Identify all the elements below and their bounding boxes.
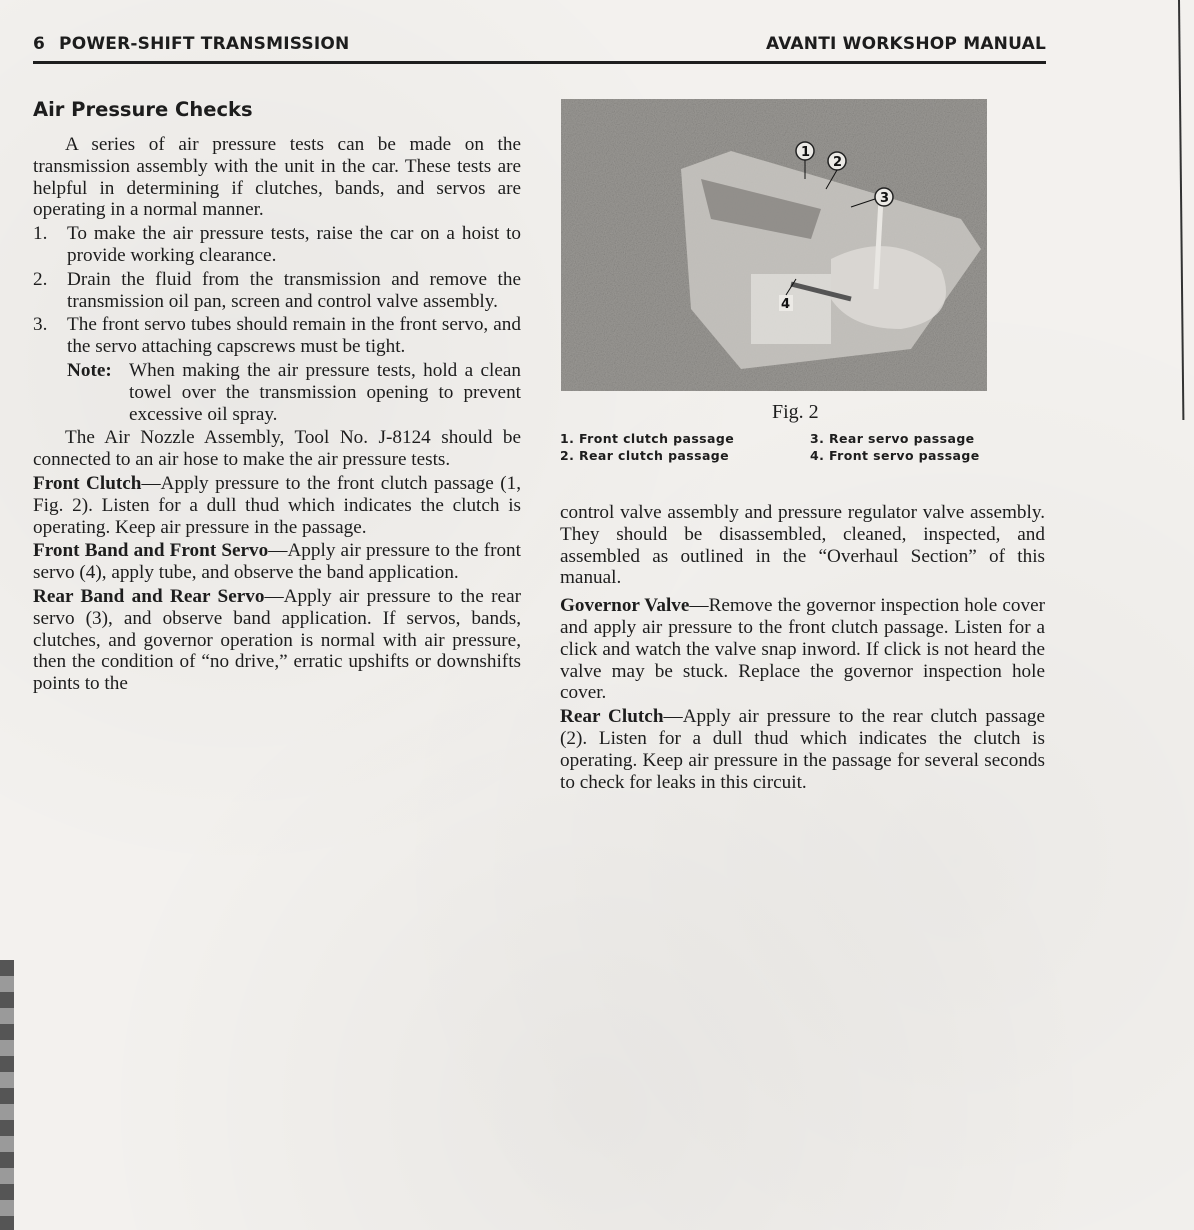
governor-valve-paragraph: Governor Valve—Remove the governor inspe… — [560, 595, 1045, 704]
header-rule — [33, 61, 1046, 64]
callout-2: 2 — [833, 155, 842, 170]
section-heading: Air Pressure Checks — [33, 98, 521, 122]
left-column: Air Pressure Checks A series of air pres… — [33, 98, 521, 695]
note-label: Note: — [67, 360, 129, 425]
note-text: When making the air pressure tests, hold… — [129, 360, 521, 425]
step-text: Drain the fluid from the transmission an… — [67, 269, 521, 313]
front-band-heading: Front Band and Front Servo — [33, 540, 268, 561]
callout-3: 3 — [880, 191, 889, 206]
front-band-paragraph: Front Band and Front Servo—Apply air pre… — [33, 540, 521, 584]
step-text: The front servo tubes should remain in t… — [67, 314, 521, 358]
step-text: To make the air pressure tests, raise th… — [67, 223, 521, 267]
running-header: 6POWER-SHIFT TRANSMISSION AVANTI WORKSHO… — [33, 32, 1046, 58]
right-column: control valve assembly and pressure regu… — [560, 502, 1045, 793]
step-number: 2. — [33, 269, 67, 313]
step-number: 3. — [33, 314, 67, 358]
manual-title: AVANTI WORKSHOP MANUAL — [766, 34, 1046, 54]
scan-edge-artifact — [0, 960, 14, 1230]
tool-paragraph: The Air Nozzle Assembly, Tool No. J-8124… — [33, 427, 521, 471]
callout-4: 4 — [781, 297, 790, 312]
figure-legend-right: 3. Rear servo passage 4. Front servo pas… — [810, 430, 980, 464]
figure-label: Fig. 2 — [772, 401, 819, 424]
governor-valve-heading: Governor Valve — [560, 595, 689, 616]
step-item: 3. The front servo tubes should remain i… — [33, 314, 521, 358]
header-left: 6POWER-SHIFT TRANSMISSION — [33, 34, 349, 54]
callout-1: 1 — [801, 145, 810, 160]
front-clutch-heading: Front Clutch — [33, 473, 141, 494]
legend-item: 3. Rear servo passage — [810, 430, 980, 447]
continuation-paragraph: control valve assembly and pressure regu… — [560, 502, 1045, 589]
step-item: 1. To make the air pressure tests, raise… — [33, 223, 521, 267]
rear-band-heading: Rear Band and Rear Servo — [33, 586, 264, 607]
step-item: 2. Drain the fluid from the transmission… — [33, 269, 521, 313]
legend-item: 1. Front clutch passage — [560, 430, 734, 447]
section-title: POWER-SHIFT TRANSMISSION — [59, 34, 349, 54]
figure-photo: 1 2 3 4 — [561, 99, 987, 391]
legend-item: 2. Rear clutch passage — [560, 447, 734, 464]
rear-clutch-paragraph: Rear Clutch—Apply air pressure to the re… — [560, 706, 1045, 793]
figure-legend-left: 1. Front clutch passage 2. Rear clutch p… — [560, 430, 734, 464]
page-edge-line — [1178, 0, 1184, 420]
intro-paragraph: A series of air pressure tests can be ma… — [33, 134, 521, 221]
note-block: Note: When making the air pressure tests… — [67, 360, 521, 425]
front-clutch-paragraph: Front Clutch—Apply pressure to the front… — [33, 473, 521, 538]
step-number: 1. — [33, 223, 67, 267]
transmission-photo-illustration: 1 2 3 4 — [561, 99, 987, 391]
page-number: 6 — [33, 34, 45, 54]
rear-band-paragraph: Rear Band and Rear Servo—Apply air press… — [33, 586, 521, 695]
legend-item: 4. Front servo passage — [810, 447, 980, 464]
rear-clutch-heading: Rear Clutch — [560, 706, 664, 727]
